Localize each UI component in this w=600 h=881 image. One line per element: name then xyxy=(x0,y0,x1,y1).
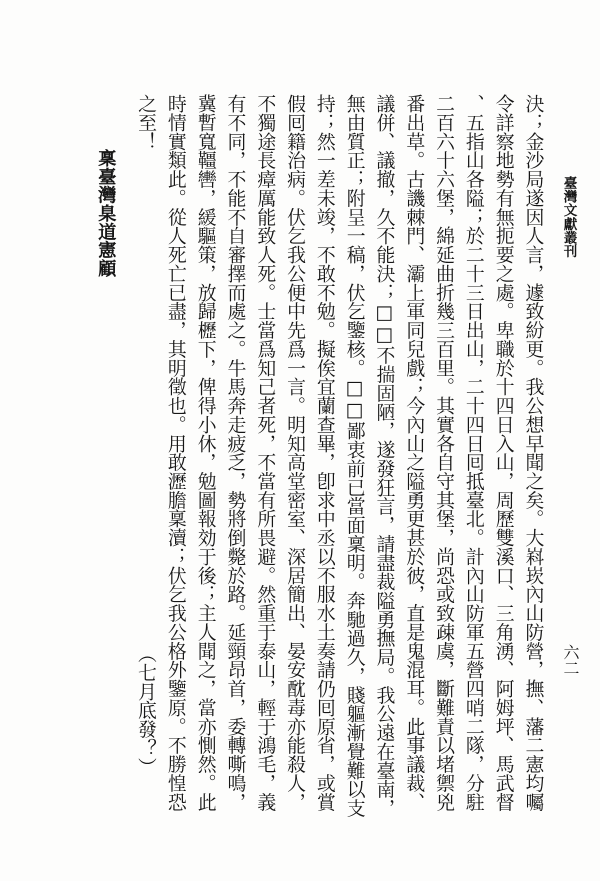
text-column: 令詳察地勢有無扼要之處。卑職於十四日入山，周歷雙溪口、三角湧、阿姆坪、馬武督 xyxy=(494,94,513,811)
text-column: 有不同，不能不自審擇而處之。牛馬奔走疲乏，勢將倒斃於路。延頸昂首，委轉嘶鳴， xyxy=(226,94,245,811)
text-column: 無由質正；附呈一稿，伏乞鑒核。□□鄙衷前已當面稟明。奔馳過久，賤軀漸覺難以支 xyxy=(345,94,364,817)
text-column: 番出草。古譏棘門、灞上軍同兒戲；今內山之隘勇更甚於彼，直是鬼混耳。此事議裁、 xyxy=(404,94,423,811)
text-column-closing: 之至！ xyxy=(136,94,155,151)
date-note: （七月底發？） xyxy=(136,644,155,776)
running-header-series-title: 臺灣文獻叢刊 xyxy=(561,176,575,258)
text-column: 時情實類此。從人死亡已盡，其明徵也。用敢瀝膽稟瀆；伏乞我公格外鑒原。不勝惶恐 xyxy=(166,94,185,811)
text-column: 議併、議撤，久不能決；□□不揣固陋，遂發狂言，請盡裁隘勇撫局。我公遠在臺南， xyxy=(375,94,394,817)
text-column: 、五指山各隘；於二十三日出山，二十四日囘抵臺北。計內山防軍五營四哨二隊，分駐 xyxy=(464,94,483,811)
text-column: 二百六十六堡，綿延曲折幾三百里。其實各自守其堡，尚恐或致疎虞，斷難責以堵禦兇 xyxy=(434,94,453,811)
text-column: 假囘籍治病。伏乞我公便中先爲一言。明知高堂密室、深居簡出、晏安酖毒亦能殺人， xyxy=(285,94,304,811)
text-column: 決；金沙局遂因人言，遽致紛更。我公想早聞之矣。大嵙崁內山防營，撫、藩二憲均囑 xyxy=(524,94,543,811)
page-number: 六二 xyxy=(562,644,578,676)
text-column: 不獨途長瘴厲能致人死。士當爲知己者死，不當有所畏避。然重于泰山，輕于鴻毛，義 xyxy=(255,94,274,811)
section-title: 稟臺灣臬道憲顧 xyxy=(96,149,114,277)
text-column: 冀暫寬韁轡，緩驅策，放歸櫪下，俾得小休，勉圖報効于後；主人聞之，當亦惻然。此 xyxy=(196,94,215,811)
text-column: 持；然一差未竣，不敢不勉。擬俟宜蘭查畢，卽求中丞以不服水土奏請仍囘原省，或賞 xyxy=(315,94,334,811)
scanned-book-page: 臺灣文獻叢刊 六二 決；金沙局遂因人言，遽致紛更。我公想早聞之矣。大嵙崁內山防營… xyxy=(0,0,600,881)
